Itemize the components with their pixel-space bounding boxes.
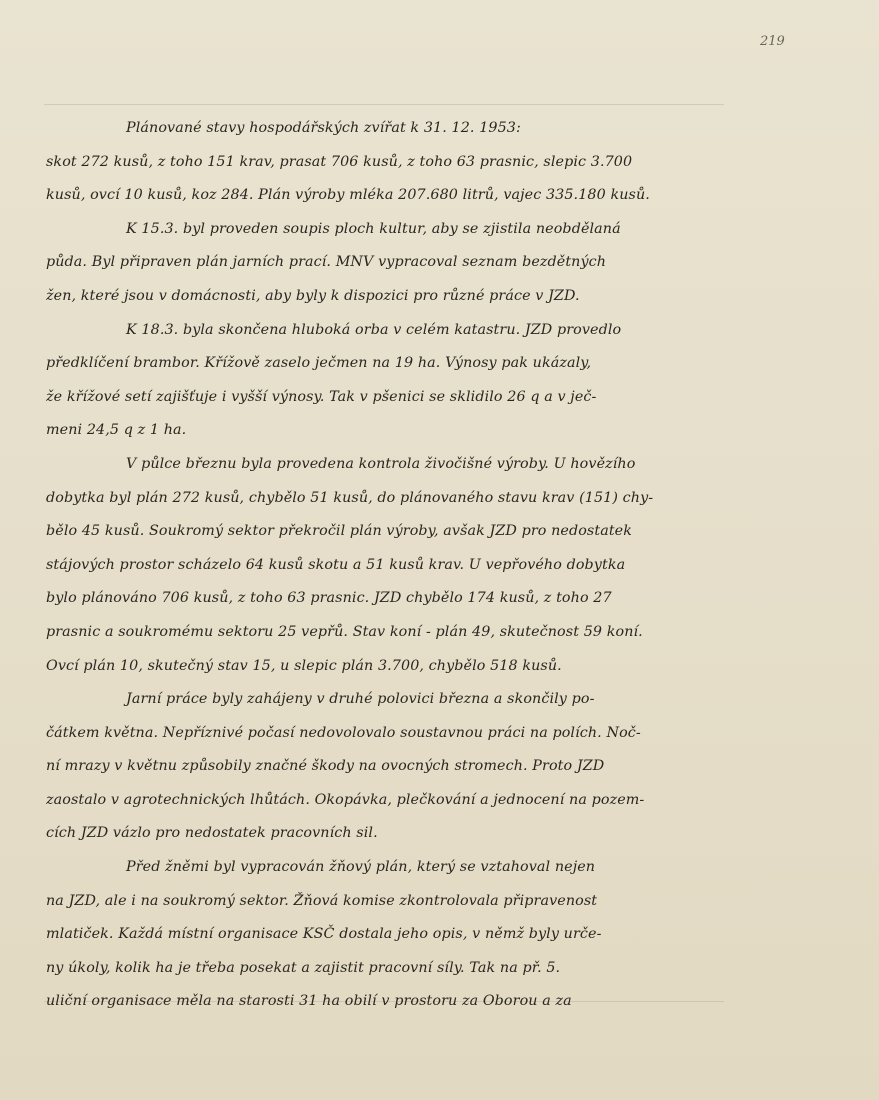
text-line: prasnic a soukromému sektoru 25 vepřů. S…	[46, 616, 722, 650]
text-line: na JZD, ale i na soukromý sektor. Žňová …	[46, 885, 722, 919]
handwritten-text-block: Plánované stavy hospodářských zvířat k 3…	[46, 112, 722, 1019]
text-line: zaostalo v agrotechnických lhůtách. Okop…	[46, 784, 722, 818]
text-line: dobytka byl plán 272 kusů, chybělo 51 ku…	[46, 482, 722, 516]
document-page: 219 Plánované stavy hospodářských zvířat…	[0, 0, 879, 1100]
text-line: ny úkoly, kolik ha je třeba posekat a za…	[46, 952, 722, 986]
text-line: žen, které jsou v domácnosti, aby byly k…	[46, 280, 722, 314]
page-number: 219	[760, 34, 785, 49]
text-line: V půlce březnu byla provedena kontrola ž…	[46, 448, 722, 482]
text-line: bylo plánováno 706 kusů, z toho 63 prasn…	[46, 582, 722, 616]
text-line: Před žněmi byl vypracován žňový plán, kt…	[46, 851, 722, 885]
text-line: čátkem května. Nepříznivé počasí nedovol…	[46, 717, 722, 751]
text-line: kusů, ovcí 10 kusů, koz 284. Plán výroby…	[46, 179, 722, 213]
text-line: meni 24,5 q z 1 ha.	[46, 414, 722, 448]
text-line: K 18.3. byla skončena hluboká orba v cel…	[46, 314, 722, 348]
text-line: bělo 45 kusů. Soukromý sektor překročil …	[46, 515, 722, 549]
text-line: uliční organisace měla na starosti 31 ha…	[46, 985, 722, 1019]
text-line: stájových prostor scházelo 64 kusů skotu…	[46, 549, 722, 583]
text-line: předklíčení brambor. Křížově zaselo ječm…	[46, 347, 722, 381]
text-line: půda. Byl připraven plán jarních prací. …	[46, 246, 722, 280]
text-line: Ovcí plán 10, skutečný stav 15, u slepic…	[46, 650, 722, 684]
text-line: skot 272 kusů, z toho 151 krav, prasat 7…	[46, 146, 722, 180]
text-line: cích JZD vázlo pro nedostatek pracovních…	[46, 817, 722, 851]
text-line: K 15.3. byl proveden soupis ploch kultur…	[46, 213, 722, 247]
text-line: Jarní práce byly zahájeny v druhé polovi…	[46, 683, 722, 717]
document-title: Plánované stavy hospodářských zvířat k 3…	[46, 112, 722, 146]
text-line: mlatiček. Každá místní organisace KSČ do…	[46, 918, 722, 952]
text-line: že křížové setí zajišťuje i vyšší výnosy…	[46, 381, 722, 415]
text-line: ní mrazy v květnu způsobily značné škody…	[46, 750, 722, 784]
